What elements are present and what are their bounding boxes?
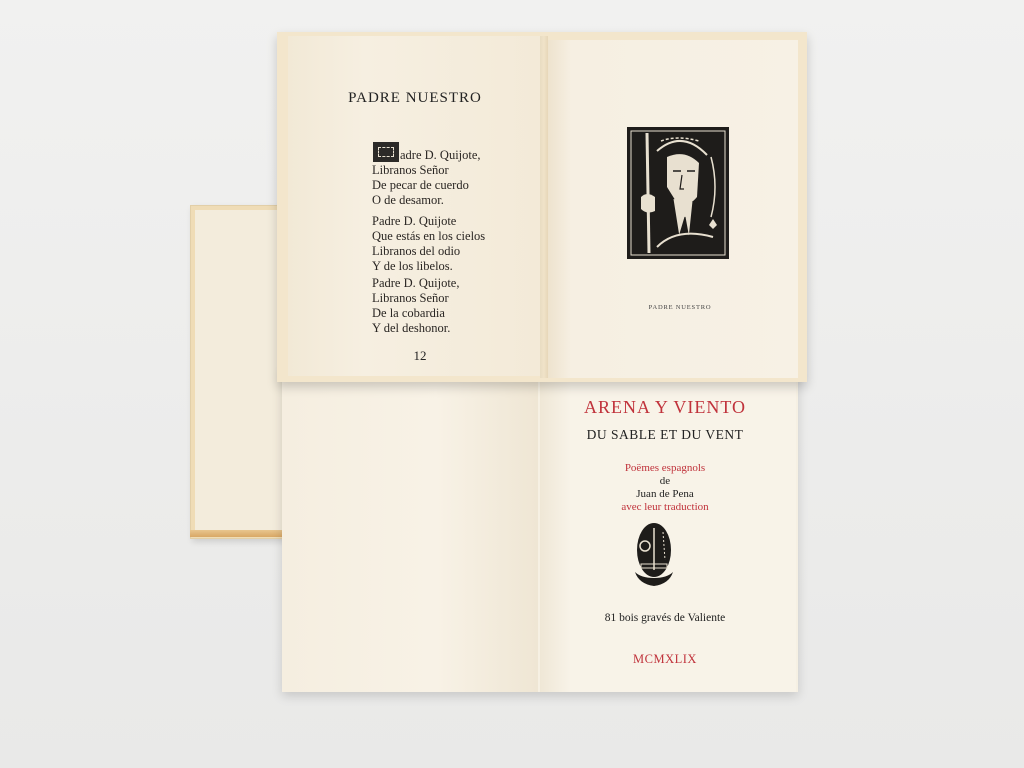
credit-line-2: de (560, 475, 770, 488)
stanza-3: Padre D. Quijote, Libranos Señor De la c… (372, 276, 459, 336)
page-number: 12 (400, 348, 440, 364)
lower-left-page (282, 368, 538, 692)
book-subtitle: DU SABLE ET DU VENT (560, 427, 770, 443)
credit-line-1: Poëmes espagnols (560, 462, 770, 475)
poem-line: O de desamor. (372, 193, 481, 208)
author-name: Juan de Pena (560, 488, 770, 501)
poem-line: Libranos del odio (372, 244, 485, 259)
publication-year: MCMXLIX (560, 652, 770, 667)
poem-line: Y de los libelos. (372, 259, 485, 274)
poem-line: Padre D. Quijote (372, 214, 485, 229)
stanza-1: adre D. Quijote, Libranos Señor De pecar… (372, 148, 481, 208)
poem-line: Libranos Señor (372, 163, 481, 178)
poem-title: PADRE NUESTRO (300, 90, 530, 107)
poem-line: adre D. Quijote, (372, 148, 481, 163)
credit-line-4: avec leur traduction (560, 501, 770, 514)
poem-line: Padre D. Quijote, (372, 276, 459, 291)
poem-line: Y del deshonor. (372, 321, 459, 336)
poem-line: Libranos Señor (372, 291, 459, 306)
slipcase-edge (190, 530, 290, 537)
poem-line: De la cobardia (372, 306, 459, 321)
stanza-2: Padre D. Quijote Que estás en los cielos… (372, 214, 485, 274)
book-title: ARENA Y VIENTO (560, 397, 770, 418)
book-gutter (540, 36, 548, 378)
woodcuts-credit: 81 bois gravés de Valiente (560, 612, 770, 624)
woodcut-portrait-icon (627, 127, 729, 259)
printer-mark-icon (631, 520, 677, 590)
poem-line: De pecar de cuerdo (372, 178, 481, 193)
illustration-caption: PADRE NUESTRO (600, 304, 760, 311)
poem-line: Que estás en los cielos (372, 229, 485, 244)
